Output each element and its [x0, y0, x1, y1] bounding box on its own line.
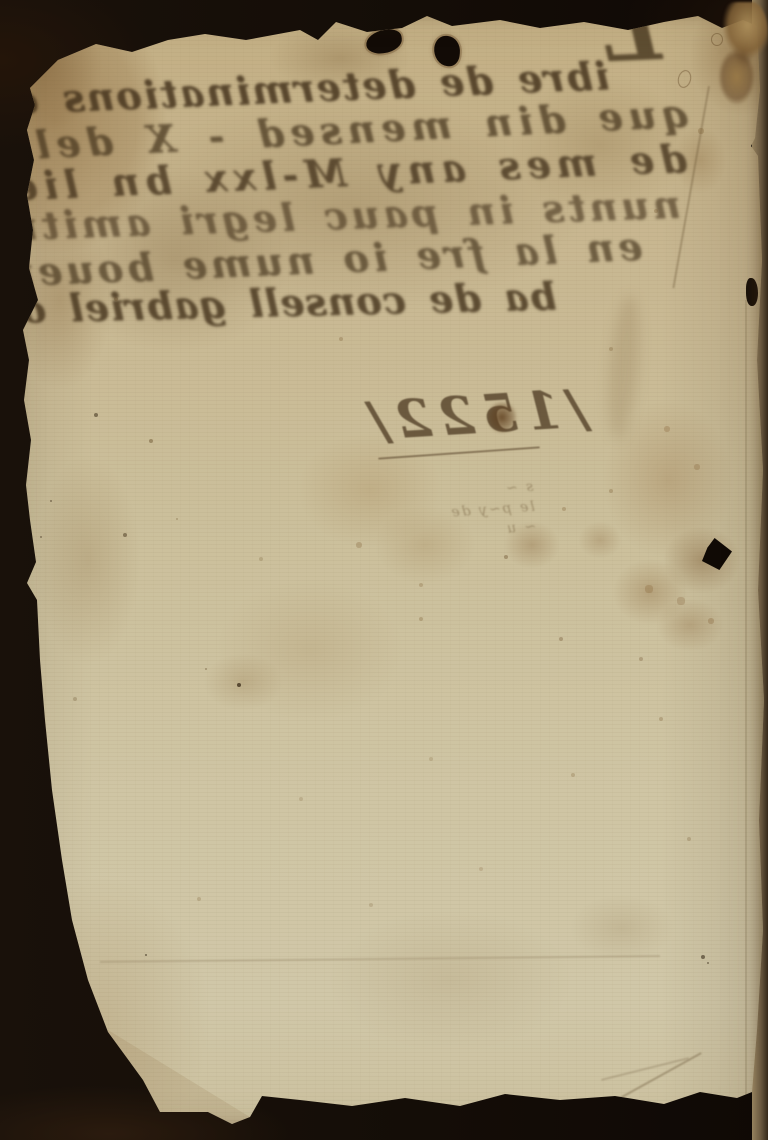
faint-scribble: s ~ le p~y de ~ u	[383, 477, 539, 577]
parchment-leaf: L ibre de determinations cosels que din …	[0, 0, 768, 1140]
manuscript-photo: L ibre de determinations cosels que din …	[0, 0, 768, 1140]
wormhole	[365, 28, 404, 56]
corner-margin-mark: 1	[2, 22, 9, 35]
left-margin-mark: 6	[30, 20, 38, 34]
crease-line	[578, 1052, 701, 1122]
crease-line	[601, 1057, 689, 1080]
mirrored-date-1522: /1522/	[335, 378, 590, 483]
showthrough-text-block: L ibre de determinations cosels que din …	[45, 51, 701, 348]
crease-line	[0, 896, 62, 1132]
repair-scab	[714, 2, 768, 106]
edge-tear	[746, 278, 758, 306]
scribble-lines: s ~ le p~y de ~ u	[383, 477, 539, 577]
folio-date-mark: /1522/	[335, 378, 590, 483]
top-margin-mark: i 2o	[120, 12, 150, 31]
initial-letter: L	[597, 8, 661, 54]
crease-line	[100, 955, 660, 962]
page-edge-shadow	[745, 300, 747, 1100]
mirrored-ink-lines: L ibre de determinations cosels que din …	[45, 51, 701, 348]
wormhole	[702, 538, 732, 570]
foxing-specks	[0, 0, 2, 2]
